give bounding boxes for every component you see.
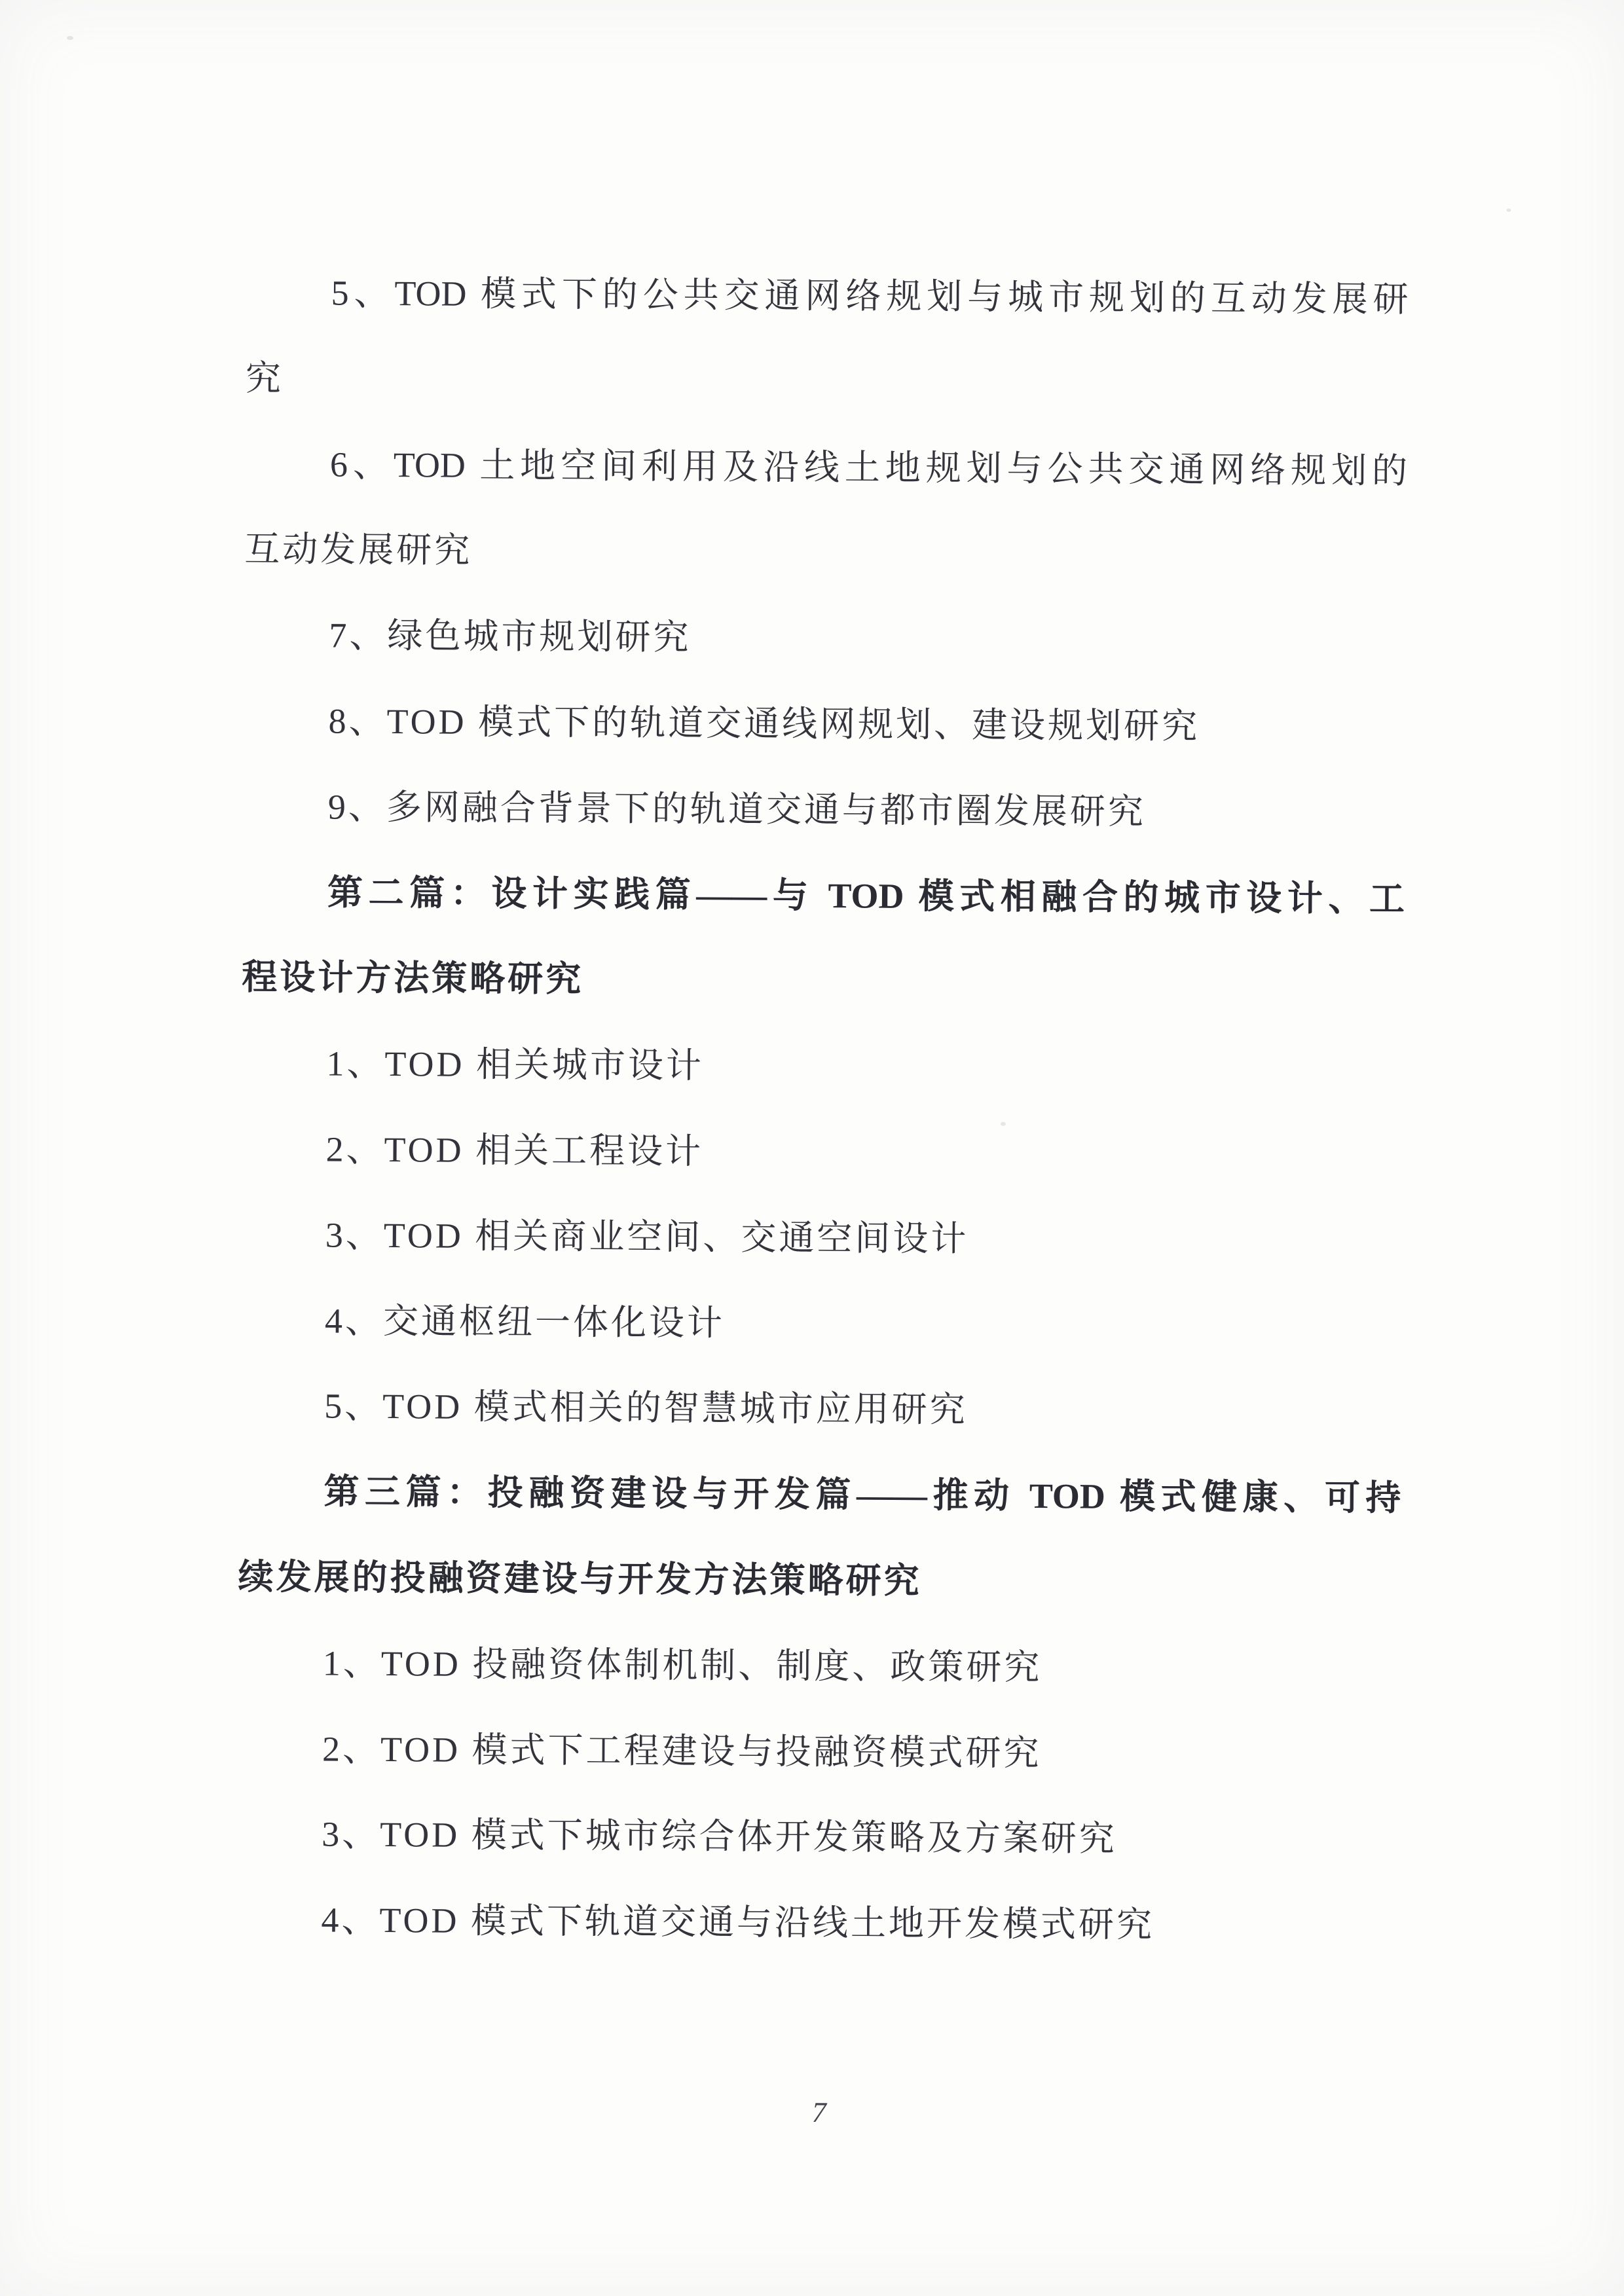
document-body: 5、TOD 模式下的公共交通网络规划与城市规划的互动发展研 究 6、TOD 土地… [236, 250, 1409, 1970]
page-number: 7 [778, 2092, 859, 2134]
document-page: 5、TOD 模式下的公共交通网络规划与城市规划的互动发展研 究 6、TOD 土地… [0, 0, 1624, 2296]
scan-speck [67, 36, 73, 40]
list-item-line: 3、TOD 相关商业空间、交通空间设计 [240, 1192, 1403, 1285]
scanned-content: 5、TOD 模式下的公共交通网络规划与城市规划的互动发展研 究 6、TOD 土地… [0, 0, 1624, 2296]
section-heading-continuation: 续发展的投融资建设与开发方法策略研究 [238, 1535, 1401, 1628]
list-item-line: 2、TOD 相关工程设计 [240, 1106, 1403, 1199]
list-item-line: 5、TOD 模式相关的智慧城市应用研究 [239, 1363, 1402, 1456]
section-heading-line: 第二篇：设计实践篇——与 TOD 模式相融合的城市设计、工 [242, 849, 1405, 942]
list-item-line: 3、TOD 模式下城市综合体开发策略及方案研究 [236, 1791, 1399, 1884]
list-item-line: 9、多网融合背景下的轨道交通与都市圈发展研究 [242, 763, 1405, 856]
list-item-line: 7、绿色城市规划研究 [244, 592, 1407, 685]
section-heading-continuation: 程设计方法策略研究 [242, 935, 1405, 1028]
list-item-line: 1、TOD 投融资体制机制、制度、政策研究 [237, 1620, 1400, 1713]
list-item-line: 4、TOD 模式下轨道交通与沿线土地开发模式研究 [236, 1877, 1399, 1970]
continuation-line: 究 [245, 335, 1408, 428]
list-item-line: 6、TOD 土地空间利用及沿线土地规划与公共交通网络规划的 [245, 421, 1408, 514]
list-item-line: 4、交通枢纽一体化设计 [240, 1277, 1403, 1370]
list-item-line: 2、TOD 模式下工程建设与投融资模式研究 [237, 1705, 1400, 1798]
list-item-line: 1、TOD 相关城市设计 [241, 1021, 1404, 1114]
list-item-line: 5、TOD 模式下的公共交通网络规划与城市规划的互动发展研 [246, 250, 1409, 343]
scan-speck [1506, 208, 1511, 211]
list-item-line: 8、TOD 模式下的轨道交通线网规划、建设规划研究 [243, 678, 1406, 771]
section-heading-line: 第三篇：投融资建设与开发篇——推动 TOD 模式健康、可持 [238, 1449, 1401, 1542]
continuation-line: 互动发展研究 [244, 507, 1407, 600]
